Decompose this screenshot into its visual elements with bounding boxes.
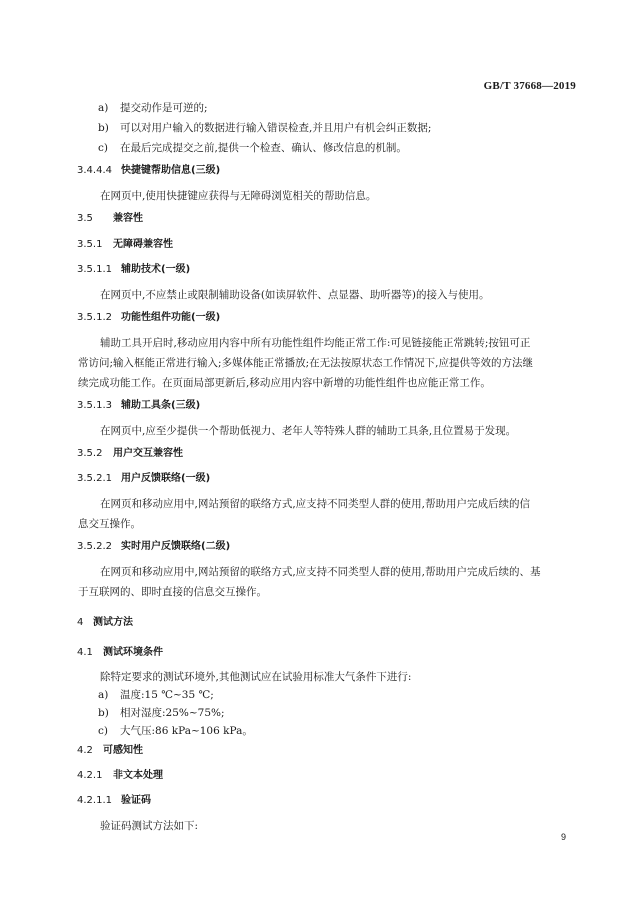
list-item: b)相对湿度:25%~75%;: [98, 706, 225, 720]
section-heading-4-2: 4.2可感知性: [77, 744, 143, 758]
paragraph-line: 在网页和移动应用中,网站预留的联络方式,应支持不同类型人群的使用,帮助用户完成后…: [100, 565, 541, 579]
section-heading-3-5-1-3: 3.5.1.3辅助工具条(三级): [77, 399, 200, 413]
list-item: a)提交动作是可逆的;: [98, 101, 208, 115]
section-heading-3-5-1-1: 3.5.1.1辅助技术(一级): [77, 263, 190, 277]
paragraph: 除特定要求的测试环境外,其他测试应在试验用标准大气条件下进行:: [100, 670, 411, 684]
paragraph-line: 息交互操作。: [78, 517, 141, 531]
section-heading-3-5-2: 3.5.2用户交互兼容性: [77, 447, 183, 461]
section-heading-4: 4测试方法: [77, 616, 133, 630]
paragraph-line: 在网页和移动应用中,网站预留的联络方式,应支持不同类型人群的使用,帮助用户完成后…: [100, 497, 530, 511]
paragraph-line: 常访问;输入框能正常进行输入;多媒体能正常播放;在无法按原状态工作情况下,应提供…: [78, 356, 533, 370]
section-heading-4-1: 4.1测试环境条件: [77, 646, 163, 660]
standard-code-header: GB/T 37668—2019: [484, 80, 576, 92]
section-heading-3-5-1: 3.5.1无障碍兼容性: [77, 238, 173, 252]
section-heading-3-4-4-4: 3.4.4.4快捷键帮助信息(三级): [77, 164, 220, 178]
list-item: c)在最后完成提交之前,提供一个检查、确认、修改信息的机制。: [98, 141, 407, 155]
paragraph-line: 续完成功能工作。在页面局部更新后,移动应用内容中新增的功能性组件也应能正常工作。: [78, 376, 491, 390]
paragraph: 在网页中,应至少提供一个帮助低视力、老年人等特殊人群的辅助工具条,且位置易于发现…: [100, 424, 516, 438]
page-number: 9: [561, 832, 566, 842]
list-item: b)可以对用户输入的数据进行输入错误检查,并且用户有机会纠正数据;: [98, 121, 431, 135]
section-heading-3-5: 3.5兼容性: [77, 212, 143, 226]
section-heading-4-2-1: 4.2.1非文本处理: [77, 769, 163, 783]
list-item: a)温度:15 ℃~35 ℃;: [98, 688, 214, 702]
section-heading-4-2-1-1: 4.2.1.1验证码: [77, 794, 151, 808]
section-heading-3-5-2-2: 3.5.2.2实时用户反馈联络(二级): [77, 540, 230, 554]
paragraph-line: 于互联网的、即时直接的信息交互操作。: [78, 585, 267, 599]
list-item: c)大气压:86 kPa~106 kPa。: [98, 724, 253, 738]
section-heading-3-5-1-2: 3.5.1.2功能性组件功能(一级): [77, 311, 220, 325]
paragraph: 在网页中,使用快捷键应获得与无障碍浏览相关的帮助信息。: [100, 189, 376, 203]
paragraph-line: 辅助工具开启时,移动应用内容中所有功能性组件均能正常工作:可见链接能正常跳转;按…: [100, 336, 530, 350]
paragraph: 在网页中,不应禁止或限制辅助设备(如读屏软件、点显器、助听器等)的接入与使用。: [100, 288, 490, 302]
section-heading-3-5-2-1: 3.5.2.1用户反馈联络(一级): [77, 472, 210, 486]
paragraph: 验证码测试方法如下:: [100, 819, 198, 833]
